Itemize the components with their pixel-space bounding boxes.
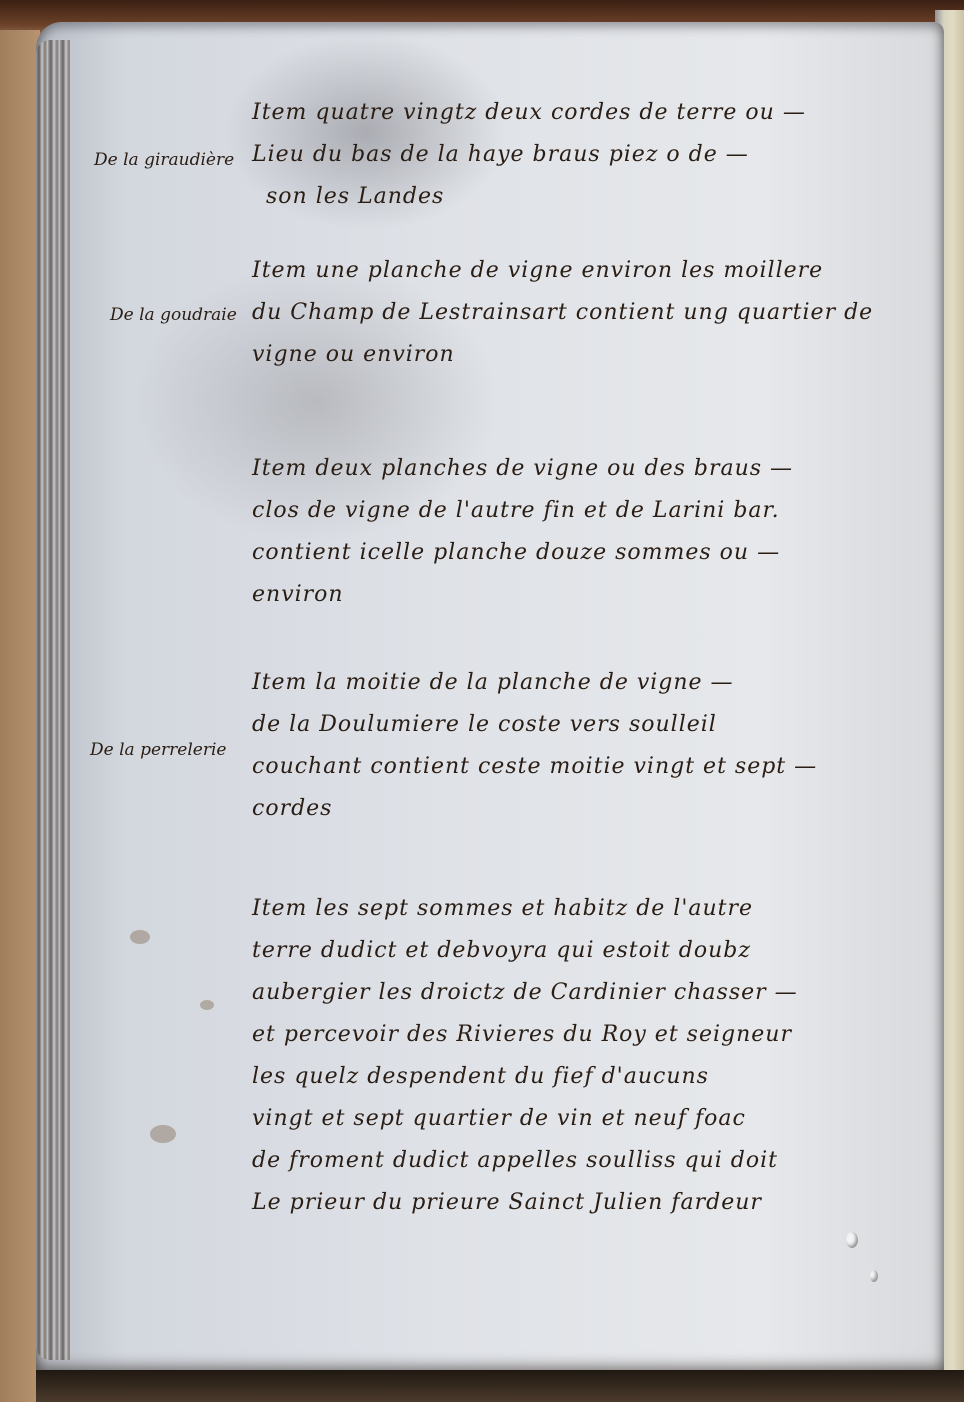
entry-line: vigne ou environ — [252, 334, 932, 376]
entry-4: Item la moitie de la planche de vigne — … — [252, 662, 932, 830]
ink-stain — [150, 1125, 176, 1143]
entry-line: Item la moitie de la planche de vigne — — [252, 662, 932, 704]
entry-2: Item une planche de vigne environ les mo… — [252, 250, 932, 376]
ink-stain — [200, 1000, 214, 1010]
entry-line: et percevoir des Rivieres du Roy et seig… — [252, 1014, 932, 1056]
entry-line: du Champ de Lestrainsart contient ung qu… — [252, 292, 932, 334]
entry-line: de froment dudict appelles soulliss qui … — [252, 1140, 932, 1182]
entry-line: Item deux planches de vigne ou des braus… — [252, 448, 932, 490]
entry-5: Item les sept sommes et habitz de l'autr… — [252, 888, 932, 1224]
binding-spine — [36, 40, 70, 1360]
entry-line: aubergier les droictz de Cardinier chass… — [252, 972, 932, 1014]
entry-line: Lieu du bas de la haye braus piez o de — — [252, 134, 932, 176]
margin-note-giraudiere: De la giraudière — [94, 150, 234, 170]
entry-3: Item deux planches de vigne ou des braus… — [252, 448, 932, 616]
entry-line: Item une planche de vigne environ les mo… — [252, 250, 932, 292]
entry-line: son les Landes — [252, 176, 932, 218]
entry-line: contient icelle planche douze sommes ou … — [252, 532, 932, 574]
entry-line: les quelz despendent du fief d'aucuns — [252, 1056, 932, 1098]
bottom-shadow — [36, 1370, 964, 1402]
entry-line: environ — [252, 574, 932, 616]
background-left-edge — [0, 30, 40, 1402]
entry-line: cordes — [252, 788, 932, 830]
paper-hole — [870, 1270, 878, 1282]
entry-1: Item quatre vingtz deux cordes de terre … — [252, 92, 932, 218]
entry-line: terre dudict et debvoyra qui estoit doub… — [252, 930, 932, 972]
entry-line: clos de vigne de l'autre fin et de Larin… — [252, 490, 932, 532]
entry-line: vingt et sept quartier de vin et neuf fo… — [252, 1098, 932, 1140]
entry-line: Le prieur du prieure Sainct Julien farde… — [252, 1182, 932, 1224]
margin-note-goudraie: De la goudraie — [110, 305, 237, 325]
ink-stain — [130, 930, 150, 944]
paper-hole — [846, 1232, 858, 1248]
entry-line: Item les sept sommes et habitz de l'autr… — [252, 888, 932, 930]
margin-note-perrelerie: De la perrelerie — [90, 740, 226, 760]
entry-line: Item quatre vingtz deux cordes de terre … — [252, 92, 932, 134]
entry-line: de la Doulumiere le coste vers soulleil — [252, 704, 932, 746]
entry-line: couchant contient ceste moitie vingt et … — [252, 746, 932, 788]
